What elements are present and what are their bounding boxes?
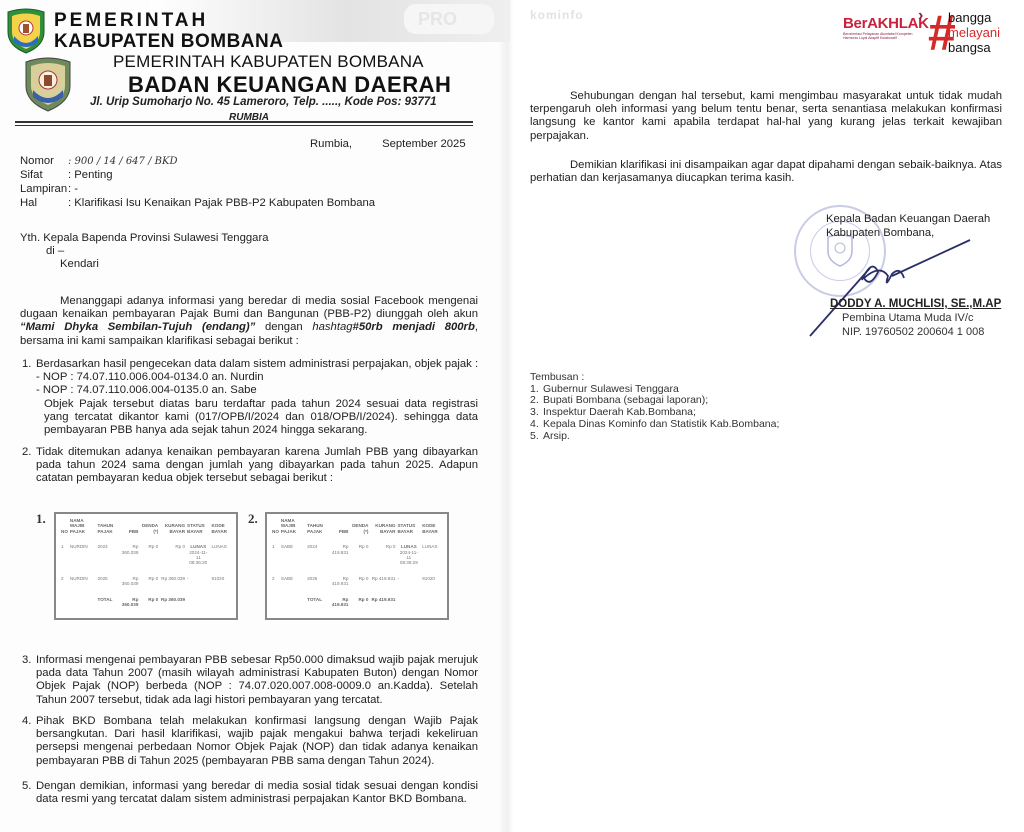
- signatory-nip: NIP. 19760502 200604 1 008: [842, 326, 984, 338]
- table-cell: Rp 419.931: [369, 575, 396, 588]
- carbon-copy-list: Tembusan : 1.Gubernur Sulawesi Tenggara …: [530, 372, 779, 442]
- table-cell: Rp 0: [139, 575, 159, 588]
- closing-paragraph-1: Sehubungan dengan hal tersebut, kami men…: [530, 90, 1002, 143]
- point-text: Informasi mengenai pembayaran PBB sebesa…: [36, 654, 478, 707]
- addressee-di: di –: [20, 245, 269, 258]
- closing-paragraph-2: Demikian klarifikasi ini disampaikan aga…: [530, 159, 1002, 185]
- facebook-account: “Mami Dhyka Sembilan-Tujuh (endang)”: [20, 321, 255, 333]
- table-cell: LUNAS2024-11-1108:36:20: [186, 543, 210, 567]
- table-cell: Rp 0: [139, 543, 159, 567]
- bangga-word: bangsa: [948, 40, 1000, 55]
- point-number: 5.: [22, 780, 31, 793]
- regency-crest-icon: [4, 6, 48, 54]
- overlay-title-line2: KABUPATEN BOMBANA: [54, 31, 283, 53]
- table-cell: Rp 360.039: [119, 543, 140, 567]
- table-total-cell: Rp 360.039: [119, 596, 140, 609]
- table-total-cell: Rp 0: [139, 596, 159, 609]
- table-header-cell: NAMA WAJIB PAJAK: [280, 517, 306, 535]
- point-2: 2. Tidak ditemukan adanya kenaikan pemba…: [22, 446, 478, 486]
- table-total-cell: Rp 419.931: [329, 596, 350, 609]
- table-cell: 91020: [421, 575, 443, 588]
- meta-key: Nomor: [20, 155, 68, 169]
- table-cell: Rp 0: [159, 543, 186, 567]
- berakhlak-wordmark: BerAKHLAK: [843, 15, 929, 32]
- meta-key: Hal: [20, 197, 68, 211]
- table-total-cell: TOTAL: [96, 596, 118, 609]
- letterhead-agency: BADAN KEUANGAN DAERAH: [128, 72, 451, 98]
- meta-value: : Penting: [68, 169, 113, 183]
- signatory-title-line1: Kepala Badan Keuangan Daerah: [826, 213, 990, 227]
- table-cell: SABE: [280, 575, 306, 588]
- table-cell: 91020: [210, 575, 232, 588]
- point-number: 1.: [22, 358, 31, 371]
- meta-hal: Hal : Klarifikasi Isu Kenaikan Pajak PBB…: [20, 197, 375, 211]
- table-cell: -: [186, 575, 210, 588]
- table-header-cell: KODE BAYAR: [421, 517, 443, 535]
- cc-text: Inspektur Daerah Kab.Bombana;: [543, 406, 696, 418]
- table-cell: Rp 360.039: [119, 575, 140, 588]
- table-cell: Rp 0: [349, 543, 369, 567]
- table-total-row: TOTALRp 419.931Rp 0Rp 419.931: [271, 596, 443, 609]
- meta-value: : 900 / 14 / 647 / BKD: [68, 155, 177, 169]
- table-header-cell: NO: [60, 517, 69, 535]
- letter-month: September 2025: [382, 138, 466, 151]
- table-cell: 2025: [96, 575, 118, 588]
- table-cell: 2: [271, 575, 280, 588]
- point-4: 4. Pihak BKD Bombana telah melakukan kon…: [22, 715, 478, 768]
- cc-number: 4.: [530, 419, 543, 431]
- cc-number: 5.: [530, 431, 543, 443]
- regency-crest-icon: [22, 54, 74, 112]
- cc-text: Gubernur Sulawesi Tenggara: [543, 383, 679, 395]
- nop-item: - NOP : 74.07.110.006.004-0134.0 an. Nur…: [36, 371, 478, 384]
- cc-item: 5.Arsip.: [530, 431, 779, 443]
- meta-key: Lampiran: [20, 183, 68, 197]
- overlay-title: PEMERINTAH KABUPATEN BOMBANA: [54, 11, 283, 53]
- table-row: 2SABE2025Rp 419.931Rp 0Rp 419.931-91020: [271, 575, 443, 588]
- point-3: 3. Informasi mengenai pembayaran PBB seb…: [22, 654, 478, 707]
- cc-text: Kepala Dinas Kominfo dan Statistik Kab.B…: [543, 418, 779, 430]
- point-number: 3.: [22, 654, 31, 667]
- point-text: Berdasarkan hasil pengecekan data dalam …: [36, 358, 478, 371]
- table-row: 1NURDIN2024Rp 360.039Rp 0Rp 0LUNAS2024-1…: [60, 543, 232, 567]
- letter-date: Rumbia,September 2025: [310, 138, 466, 151]
- table-cell: LUNAS2024-11-1108:36:29: [396, 543, 421, 567]
- table-cell: Rp 419.931: [329, 575, 350, 588]
- letter-place: Rumbia,: [310, 138, 352, 151]
- table-cell: LUNAS: [210, 543, 232, 567]
- intro-paragraph: Menanggapi adanya informasi yang beredar…: [20, 295, 478, 348]
- table-cell: 2: [60, 575, 69, 588]
- table-header-cell: TAHUN PAJAK: [96, 517, 118, 535]
- addressee-to: Yth. Kepala Bapenda Provinsi Sulawesi Te…: [20, 232, 269, 245]
- table-row: 2NURDIN2025Rp 360.039Rp 0Rp 360.039-9102…: [60, 575, 232, 588]
- point-text: Tidak ditemukan adanya kenaikan pembayar…: [36, 446, 478, 486]
- meta-sifat: Sifat : Penting: [20, 169, 375, 183]
- meta-key: Sifat: [20, 169, 68, 183]
- table-label: 1.: [36, 511, 46, 527]
- table-cell: NURDIN: [69, 543, 97, 567]
- point-number: 4.: [22, 715, 31, 728]
- table-total-row: TOTALRp 360.039Rp 0Rp 360.039: [60, 596, 232, 609]
- table-header-cell: NO: [271, 517, 280, 535]
- letter-meta: Nomor : 900 / 14 / 647 / BKD Sifat : Pen…: [20, 155, 375, 211]
- meta-value: : -: [68, 183, 78, 197]
- payment-table-sabe: NONAMA WAJIB PAJAKTAHUN PAJAKPBBDENDA (*…: [265, 512, 449, 620]
- table-cell: 2025: [306, 575, 329, 588]
- table-header-row: NONAMA WAJIB PAJAKTAHUN PAJAKPBBDENDA (*…: [271, 517, 443, 535]
- bangga-word: melayani: [948, 25, 1000, 40]
- table-cell: LUNAS: [421, 543, 443, 567]
- table-cell: SABE: [280, 543, 306, 567]
- letterhead-government: PEMERINTAH KABUPATEN BOMBANA: [113, 52, 424, 72]
- table-cell: 2024: [306, 543, 329, 567]
- page-gutter: [500, 0, 514, 832]
- point-5: 5. Dengan demikian, informasi yang bered…: [22, 780, 478, 806]
- addressee-city: Kendari: [20, 258, 269, 271]
- table-cell: -: [396, 575, 421, 588]
- point-text: Pihak BKD Bombana telah melakukan konfir…: [36, 715, 478, 768]
- table-total-cell: Rp 0: [349, 596, 369, 609]
- addressee: Yth. Kepala Bapenda Provinsi Sulawesi Te…: [20, 232, 269, 272]
- table-header-cell: DENDA (*): [139, 517, 159, 535]
- payment-table: NONAMA WAJIB PAJAKTAHUN PAJAKPBBDENDA (*…: [271, 517, 443, 608]
- table-row: 1SABE2024Rp 419.931Rp 0Rp 0LUNAS2024-11-…: [271, 543, 443, 567]
- nop-item: - NOP : 74.07.110.006.004-0135.0 an. Sab…: [36, 384, 478, 397]
- bangga-word: bangga: [948, 10, 1000, 25]
- table-header-cell: KURANG BAYAR: [369, 517, 396, 535]
- hashtag-label: hashtag: [312, 321, 352, 333]
- payment-table-nurdin: NONAMA WAJIB PAJAKTAHUN PAJAKPBBDENDA (*…: [54, 512, 238, 620]
- table-header-cell: STATUS BAYAR: [186, 517, 210, 535]
- table-cell: 2024: [96, 543, 118, 567]
- table-cell: 1: [60, 543, 69, 567]
- meta-nomor: Nomor : 900 / 14 / 647 / BKD: [20, 155, 375, 169]
- table-header-cell: PBB: [329, 517, 350, 535]
- table-label: 2.: [248, 511, 258, 527]
- table-cell: Rp 0: [369, 543, 396, 567]
- ghost-badge: PRO: [404, 4, 494, 34]
- table-header-cell: DENDA (*): [349, 517, 369, 535]
- table-cell: NURDIN: [69, 575, 97, 588]
- signatory-name: DODDY A. MUCHLISI, SE.,M.AP: [830, 298, 1001, 310]
- point-text: Objek Pajak tersebut diatas baru terdaft…: [36, 398, 478, 438]
- table-cell: Rp 0: [349, 575, 369, 588]
- point-1: 1. Berdasarkan hasil pengecekan data dal…: [22, 358, 478, 437]
- berakhlak-logo: › BerAKHLAK Berorientasi Pelayanan Akunt…: [843, 15, 929, 40]
- cc-text: Arsip.: [543, 430, 570, 442]
- meta-value: : Klarifikasi Isu Kenaikan Pajak PBB-P2 …: [68, 197, 375, 211]
- payment-table: NONAMA WAJIB PAJAKTAHUN PAJAKPBBDENDA (*…: [60, 517, 232, 608]
- berakhlak-tagline: Berorientasi Pelayanan Akuntabel Kompete…: [843, 32, 923, 40]
- intro-text: dengan: [255, 321, 312, 333]
- table-header-cell: KURANG BAYAR: [159, 517, 186, 535]
- table-header-row: NONAMA WAJIB PAJAKTAHUN PAJAKPBBDENDA (*…: [60, 517, 232, 535]
- table-total-cell: Rp 360.039: [159, 596, 186, 609]
- point-number: 2.: [22, 446, 31, 459]
- table-cell: Rp 419.931: [329, 543, 350, 567]
- meta-lampiran: Lampiran : -: [20, 183, 375, 197]
- table-cell: Rp 360.039: [159, 575, 186, 588]
- table-total-cell: Rp 419.931: [369, 596, 396, 609]
- table-header-cell: KODE BAYAR: [210, 517, 232, 535]
- cc-text: Bupati Bombana (sebagai laporan);: [543, 394, 708, 406]
- intro-text: Menanggapi adanya informasi yang beredar…: [20, 295, 478, 320]
- overlay-title-line1: PEMERINTAH: [54, 11, 283, 31]
- ghost-logo: kominfo: [530, 8, 584, 22]
- letterhead-divider: [15, 121, 473, 126]
- hashtag: #50rb menjadi 800rb: [353, 321, 475, 333]
- table-header-cell: PBB: [119, 517, 140, 535]
- table-cell: 1: [271, 543, 280, 567]
- chevron-icon: ›: [918, 7, 923, 25]
- table-header-cell: STATUS BAYAR: [396, 517, 421, 535]
- table-total-cell: TOTAL: [306, 596, 329, 609]
- signatory-rank: Pembina Utama Muda IV/c: [842, 312, 973, 324]
- table-header-cell: TAHUN PAJAK: [306, 517, 329, 535]
- point-text: Dengan demikian, informasi yang beredar …: [36, 780, 478, 806]
- table-header-cell: NAMA WAJIB PAJAK: [69, 517, 97, 535]
- letterhead-address: Jl. Urip Sumoharjo No. 45 Lameroro, Telp…: [90, 96, 437, 108]
